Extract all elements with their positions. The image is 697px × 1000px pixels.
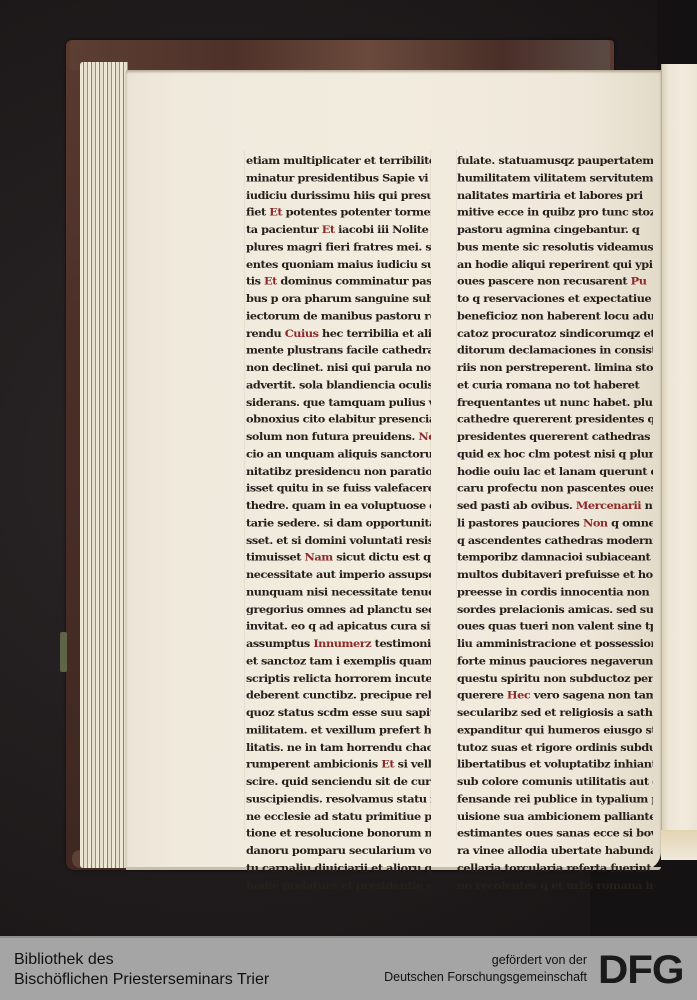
manuscript-line: scire. quid senciendu sit de curis aciaz xyxy=(246,773,431,790)
manuscript-line: caru profectu non pascentes oues xyxy=(457,480,653,497)
manuscript-line: li pastores pauciores Non q omnes xyxy=(457,514,653,531)
manuscript-line: questu spiritu non subductoz perfectum xyxy=(457,670,653,687)
manuscript-line: et sanctoz tam i exemplis quam in xyxy=(246,652,431,669)
manuscript-line: preesse in cordis innocentia non super xyxy=(457,583,653,600)
manuscript-line: mitive ecce in quibz pro tunc stoz xyxy=(457,204,653,221)
manuscript-line: sub colore comunis utilitatis aut de xyxy=(457,773,653,790)
manuscript-line: plures magri fieri fratres mei. sci xyxy=(246,238,431,255)
manuscript-line: ta pacientur Et iacobi iii Nolite xyxy=(246,221,431,238)
manuscript-line: minatur presidentibus Sapie vi xyxy=(246,169,431,186)
rubric-initial: Innumerz xyxy=(313,637,371,650)
manuscript-line: assumptus Innumerz testimonia ypi xyxy=(246,635,431,652)
manuscript-line: gregorius omnes ad planctu secum xyxy=(246,601,431,618)
manuscript-line: bus p ora pharum sanguine sub xyxy=(246,290,431,307)
manuscript-line: tis Et dominus comminatur pastori xyxy=(246,273,431,290)
manuscript-line: beneficioz non haberent locu aduo xyxy=(457,307,653,324)
manuscript-line: cellaria torcularia referta fuerint xyxy=(457,859,653,876)
manuscript-line: q ascendentes cathedras modernis xyxy=(457,532,653,549)
manuscript-line: temporibz damnacioi subiaceant cum xyxy=(457,549,653,566)
manuscript-line: frequentantes ut nunc habet. plus xyxy=(457,394,653,411)
manuscript-line: rendu Cuius hec terribilia et alia xyxy=(246,325,431,342)
manuscript-line: estimantes oues sanas ecce si boves eu xyxy=(457,825,653,842)
manuscript-line: to q reservaciones et expectatiue xyxy=(457,290,653,307)
manuscript-line: timuisset Nam sicut dictu est q ex xyxy=(246,549,431,566)
manuscript-line: siderans. que tamquam pulius vento xyxy=(246,394,431,411)
manuscript-line: sordes prelacionis amicas. sed supra ypi xyxy=(457,601,653,618)
manuscript-line: thedre. quam in ea voluptuose et volu xyxy=(246,497,431,514)
manuscript-line: tarie sedere. si dam opportunitate potui xyxy=(246,514,431,531)
manuscript-line: solum non futura preuidens. Nes xyxy=(246,428,431,445)
manuscript-line: expanditur qui humeros eiusgo sta xyxy=(457,721,653,738)
manuscript-line: uisione sua ambicionem palliantes. xyxy=(457,808,653,825)
manuscript-line: isset quitu in se fuiss valefacere ca xyxy=(246,480,431,497)
manuscript-line: etiam multiplicater et terribiliter ? xyxy=(246,152,431,169)
manuscript-line: fensande rei publice in typalium pro xyxy=(457,790,653,807)
manuscript-line: bus mente sic resolutis videamus xyxy=(457,238,653,255)
dfg-logo: DFG xyxy=(598,952,697,988)
text-column-left: etiam multiplicater et terribiliter ?min… xyxy=(246,152,431,894)
manuscript-line: riis non perstreperent. limina stoz xyxy=(457,359,653,376)
manuscript-line: scriptis relicta horrorem incutere xyxy=(246,670,431,687)
manuscript-line: oues quas tueri non valent sine tpa xyxy=(457,618,653,635)
manuscript-line: ne ecclesie ad statu primitiue p abstrac xyxy=(246,808,431,825)
rubric-initial: Nam xyxy=(305,551,333,564)
rubric-initial: Et xyxy=(264,275,277,288)
book-cover-top-edge xyxy=(70,40,610,70)
manuscript-line: quoz status scdm esse suu sapit hu xyxy=(246,704,431,721)
manuscript-line: et curia romana no tot haberet xyxy=(457,376,653,393)
manuscript-line: sed pasti ab ovibus. Mercenarii nu xyxy=(457,497,653,514)
manuscript-line: hodie prelature et presidentie sunt xyxy=(246,877,431,894)
funding-line1: gefördert von der xyxy=(384,952,587,969)
manuscript-line: an hodie aliqui reperirent qui ypi xyxy=(457,256,653,273)
manuscript-line: querere Hec vero sagena non tamu xyxy=(457,687,653,704)
manuscript-line: invitat. eo q ad apicatus cura sit xyxy=(246,618,431,635)
manuscript-line: secularibz sed et religiosis a sathana xyxy=(457,704,653,721)
manuscript-line: iectorum de manibus pastoru req xyxy=(246,307,431,324)
manuscript-line: danoru pomparu secularium volupta xyxy=(246,842,431,859)
manuscript-line: nalitates martiria et labores pri xyxy=(457,187,653,204)
manuscript-line: entes quoniam maius iudiciu sum xyxy=(246,256,431,273)
manuscript-line: cio an unquam aliquis sanctoru in dig xyxy=(246,445,431,462)
manuscript-line: sset. et si domini voluntati resistere xyxy=(246,532,431,549)
manuscript-line: tutoz suas et rigore ordinis subducunt. xyxy=(457,739,653,756)
manuscript-page-recto-edge xyxy=(661,64,697,860)
rubric-initial: Pu xyxy=(631,275,647,288)
manuscript-line: hodie ouiu lac et lanam querunt quam xyxy=(457,463,653,480)
rubric-initial: Cuius xyxy=(285,326,319,339)
manuscript-line: non declinet. nisi qui parula non xyxy=(246,359,431,376)
funding-line2: Deutschen Forschungsgemeinschaft xyxy=(384,969,587,986)
manuscript-line: libertatibus et voluptatibz inhiantes xyxy=(457,756,653,773)
rubric-initial: Et xyxy=(269,206,282,219)
book-clasp xyxy=(60,632,67,672)
manuscript-line: forte minus pauciores negaverunt xyxy=(457,652,653,669)
scan-viewer: etiam multiplicater et terribiliter ?min… xyxy=(0,0,697,936)
text-column-right: fulate. statuamusqz paupertatemhumilitat… xyxy=(457,152,653,894)
manuscript-line: liu amministracione et possessione Sz xyxy=(457,635,653,652)
manuscript-line: suscipiendis. resolvamus statu mod xyxy=(246,790,431,807)
footer-banner: Bibliothek des Bischöflichen Priestersem… xyxy=(0,936,697,1000)
manuscript-line: necessitate aut imperio assupserunt xyxy=(246,566,431,583)
manuscript-line: no recolentes q et urbs romana in xyxy=(457,877,653,894)
manuscript-line: oues pascere non recusarent Pu xyxy=(457,273,653,290)
manuscript-line: mente plustrans facile cathedra xyxy=(246,342,431,359)
manuscript-line: quid ex hoc clm potest nisi q plures xyxy=(457,445,653,462)
manuscript-line: humilitatem vilitatem servitutem. pe xyxy=(457,169,653,186)
manuscript-line: nunquam nisi necessitate tenuerunt Et xyxy=(246,583,431,600)
manuscript-line: nitatibz presidencu non paratior fu xyxy=(246,463,431,480)
manuscript-line: pastoru agmina cingebantur. q xyxy=(457,221,653,238)
rubric-initial: Hec xyxy=(507,689,530,702)
manuscript-line: cathedre quererent presidentes quam xyxy=(457,411,653,428)
library-credit: Bibliothek des Bischöflichen Priestersem… xyxy=(14,950,269,990)
manuscript-line: ra vinee allodia ubertate habundant xyxy=(457,842,653,859)
manuscript-line: fiet Et potentes potenter tormen xyxy=(246,204,431,221)
stacked-page-edges xyxy=(80,62,128,868)
funding-credit: gefördert von der Deutschen Forschungsge… xyxy=(384,952,587,986)
manuscript-line: ditorum declamaciones in consisto xyxy=(457,342,653,359)
manuscript-line: presidentes quererent cathedras Et xyxy=(457,428,653,445)
manuscript-line: obnoxius cito elabitur presencia xyxy=(246,411,431,428)
manuscript-line: fulate. statuamusqz paupertatem xyxy=(457,152,653,169)
manuscript-line: multos dubitaveri prefuisse et hodie xyxy=(457,566,653,583)
manuscript-line: militatem. et vexillum prefert hu xyxy=(246,721,431,738)
manuscript-line: iudiciu durissimu hiis qui presu xyxy=(246,187,431,204)
manuscript-line: advertit. sola blandiencia oculis ? xyxy=(246,376,431,393)
manuscript-line: deberent cunctibz. precipue religiosis. xyxy=(246,687,431,704)
page-fold xyxy=(661,830,697,860)
manuscript-line: rumperent ambicionis Et si vellem9 xyxy=(246,756,431,773)
ruling-line xyxy=(244,150,245,840)
rubric-initial: Et xyxy=(322,223,335,236)
manuscript-line: tione et resolucione bonorum mun xyxy=(246,825,431,842)
manuscript-line: tu carnaliu diuiciarii et alioru quibz xyxy=(246,859,431,876)
library-name-line2: Bischöflichen Priesterseminars Trier xyxy=(14,970,269,990)
rubric-initial: Non xyxy=(583,516,608,529)
rubric-initial: Mercenarii xyxy=(576,499,641,512)
rubric-initial: Et xyxy=(381,758,394,771)
library-name-line1: Bibliothek des xyxy=(14,950,269,970)
rubric-initial: Nes xyxy=(418,430,431,443)
manuscript-line: catoz procuratoz sindicorumqz et au xyxy=(457,325,653,342)
manuscript-line: litatis. ne in tam horrendu chaos pre xyxy=(246,739,431,756)
